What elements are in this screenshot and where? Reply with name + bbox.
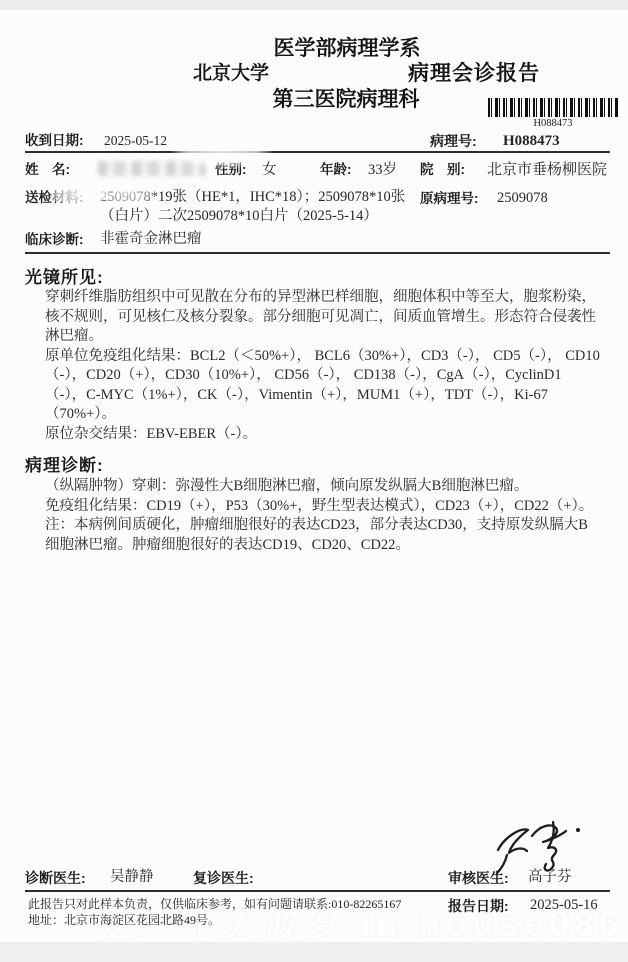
pathology-no-label: 病理号: xyxy=(430,133,477,150)
diagnosing-doctor-value: 吴静静 xyxy=(110,869,154,886)
microscopy-heading: 光镜所见: xyxy=(25,263,104,288)
header-report-title: 病理会诊报告 xyxy=(408,63,540,84)
header-org-name: 北京大学 xyxy=(193,64,269,83)
redacted-patient-name xyxy=(98,161,206,176)
diagnosis-heading: 病理诊断: xyxy=(25,451,104,476)
header-dept-line1: 医学部病理学系 xyxy=(274,38,421,59)
divider-top xyxy=(25,151,610,153)
age-label: 年龄: xyxy=(320,162,352,178)
barcode xyxy=(488,98,618,117)
age-value: 33岁 xyxy=(368,162,397,179)
barcode-label: H088473 xyxy=(488,118,618,129)
name-label: 姓 名: xyxy=(25,162,70,178)
report-date-label: 报告日期: xyxy=(448,898,509,915)
specimen-value-line1: 2509078*19张（HE*1，IHC*18）；2509078*10张 xyxy=(100,189,405,206)
diagnosis-paragraph: 免疫组化结果：CD19（+），P53（30%+，野生型表达模式），CD23（+）… xyxy=(45,497,602,517)
gender-value: 女 xyxy=(262,162,277,179)
audit-doctor-label: 审核医生: xyxy=(448,870,509,887)
hospital-value: 北京市垂杨柳医院 xyxy=(487,161,607,179)
specimen-label: 送检材料: xyxy=(25,190,84,206)
clinical-diagnosis-label: 临床诊断: xyxy=(25,232,84,248)
original-pathology-no-value: 2509078 xyxy=(497,190,548,207)
received-date-label: 收到日期: xyxy=(25,133,84,149)
header-dept-line2: 第三医院病理科 xyxy=(273,89,420,110)
diagnosis-paragraph: 注：本病例间质硬化，肿瘤细胞很好的表达CD23，部分表达CD30，支持原发纵膈大… xyxy=(45,516,602,555)
divider-patient xyxy=(25,252,610,254)
disclaimer-line2: 地址：北京市海淀区花园北路49号。 xyxy=(28,913,220,927)
original-pathology-no-label: 原病理号: xyxy=(420,191,479,207)
divider-footer xyxy=(25,890,610,892)
pathology-report-page: { "header": { "dept_line1": "医学部病理学系", "… xyxy=(0,0,628,962)
disclaimer-line1: 此报告只对此样本负责，仅供临床参考，如有问题请联系:010-82265167 xyxy=(28,897,401,911)
specimen-value-line2: （白片）二次2509078*10白片（2025-5-14） xyxy=(100,208,378,225)
microscopy-paragraph: 原单位免疫组化结果：BCL2（＜50%+）， BCL6（30%+），CD3（-）… xyxy=(45,347,602,425)
diagnosis-body: （纵隔肿物）穿刺：弥漫性大B细胞淋巴瘤，倾向原发纵膈大B细胞淋巴瘤。 免疫组化结… xyxy=(45,477,602,555)
microscopy-body: 穿刺纤维脂肪组织中可见散在分布的异型淋巴样细胞，细胞体积中等至大，胞浆粉染，核不… xyxy=(45,288,602,444)
microscopy-paragraph: 原位杂交结果：EBV-EBER（-）。 xyxy=(45,425,602,445)
hospital-label: 院 别: xyxy=(420,162,465,178)
report-date-value: 2025-05-16 xyxy=(530,897,598,914)
received-date-value: 2025-05-12 xyxy=(104,133,167,149)
photo-edge-top xyxy=(0,0,628,10)
pathology-no-value: H088473 xyxy=(503,132,560,150)
audit-doctor-value: 高子芬 xyxy=(528,869,572,886)
diagnosing-doctor-label: 诊断医生: xyxy=(25,870,86,887)
gender-label: 性别: xyxy=(215,162,247,178)
diagnosis-paragraph: （纵隔肿物）穿刺：弥漫性大B细胞淋巴瘤，倾向原发纵膈大B细胞淋巴瘤。 xyxy=(45,477,602,497)
microscopy-paragraph: 穿刺纤维脂肪组织中可见散在分布的异型淋巴样细胞，细胞体积中等至大，胞浆粉染，核不… xyxy=(45,288,602,347)
review-doctor-label: 复诊医生: xyxy=(193,870,254,887)
clinical-diagnosis-value: 非霍奇金淋巴瘤 xyxy=(100,231,202,248)
